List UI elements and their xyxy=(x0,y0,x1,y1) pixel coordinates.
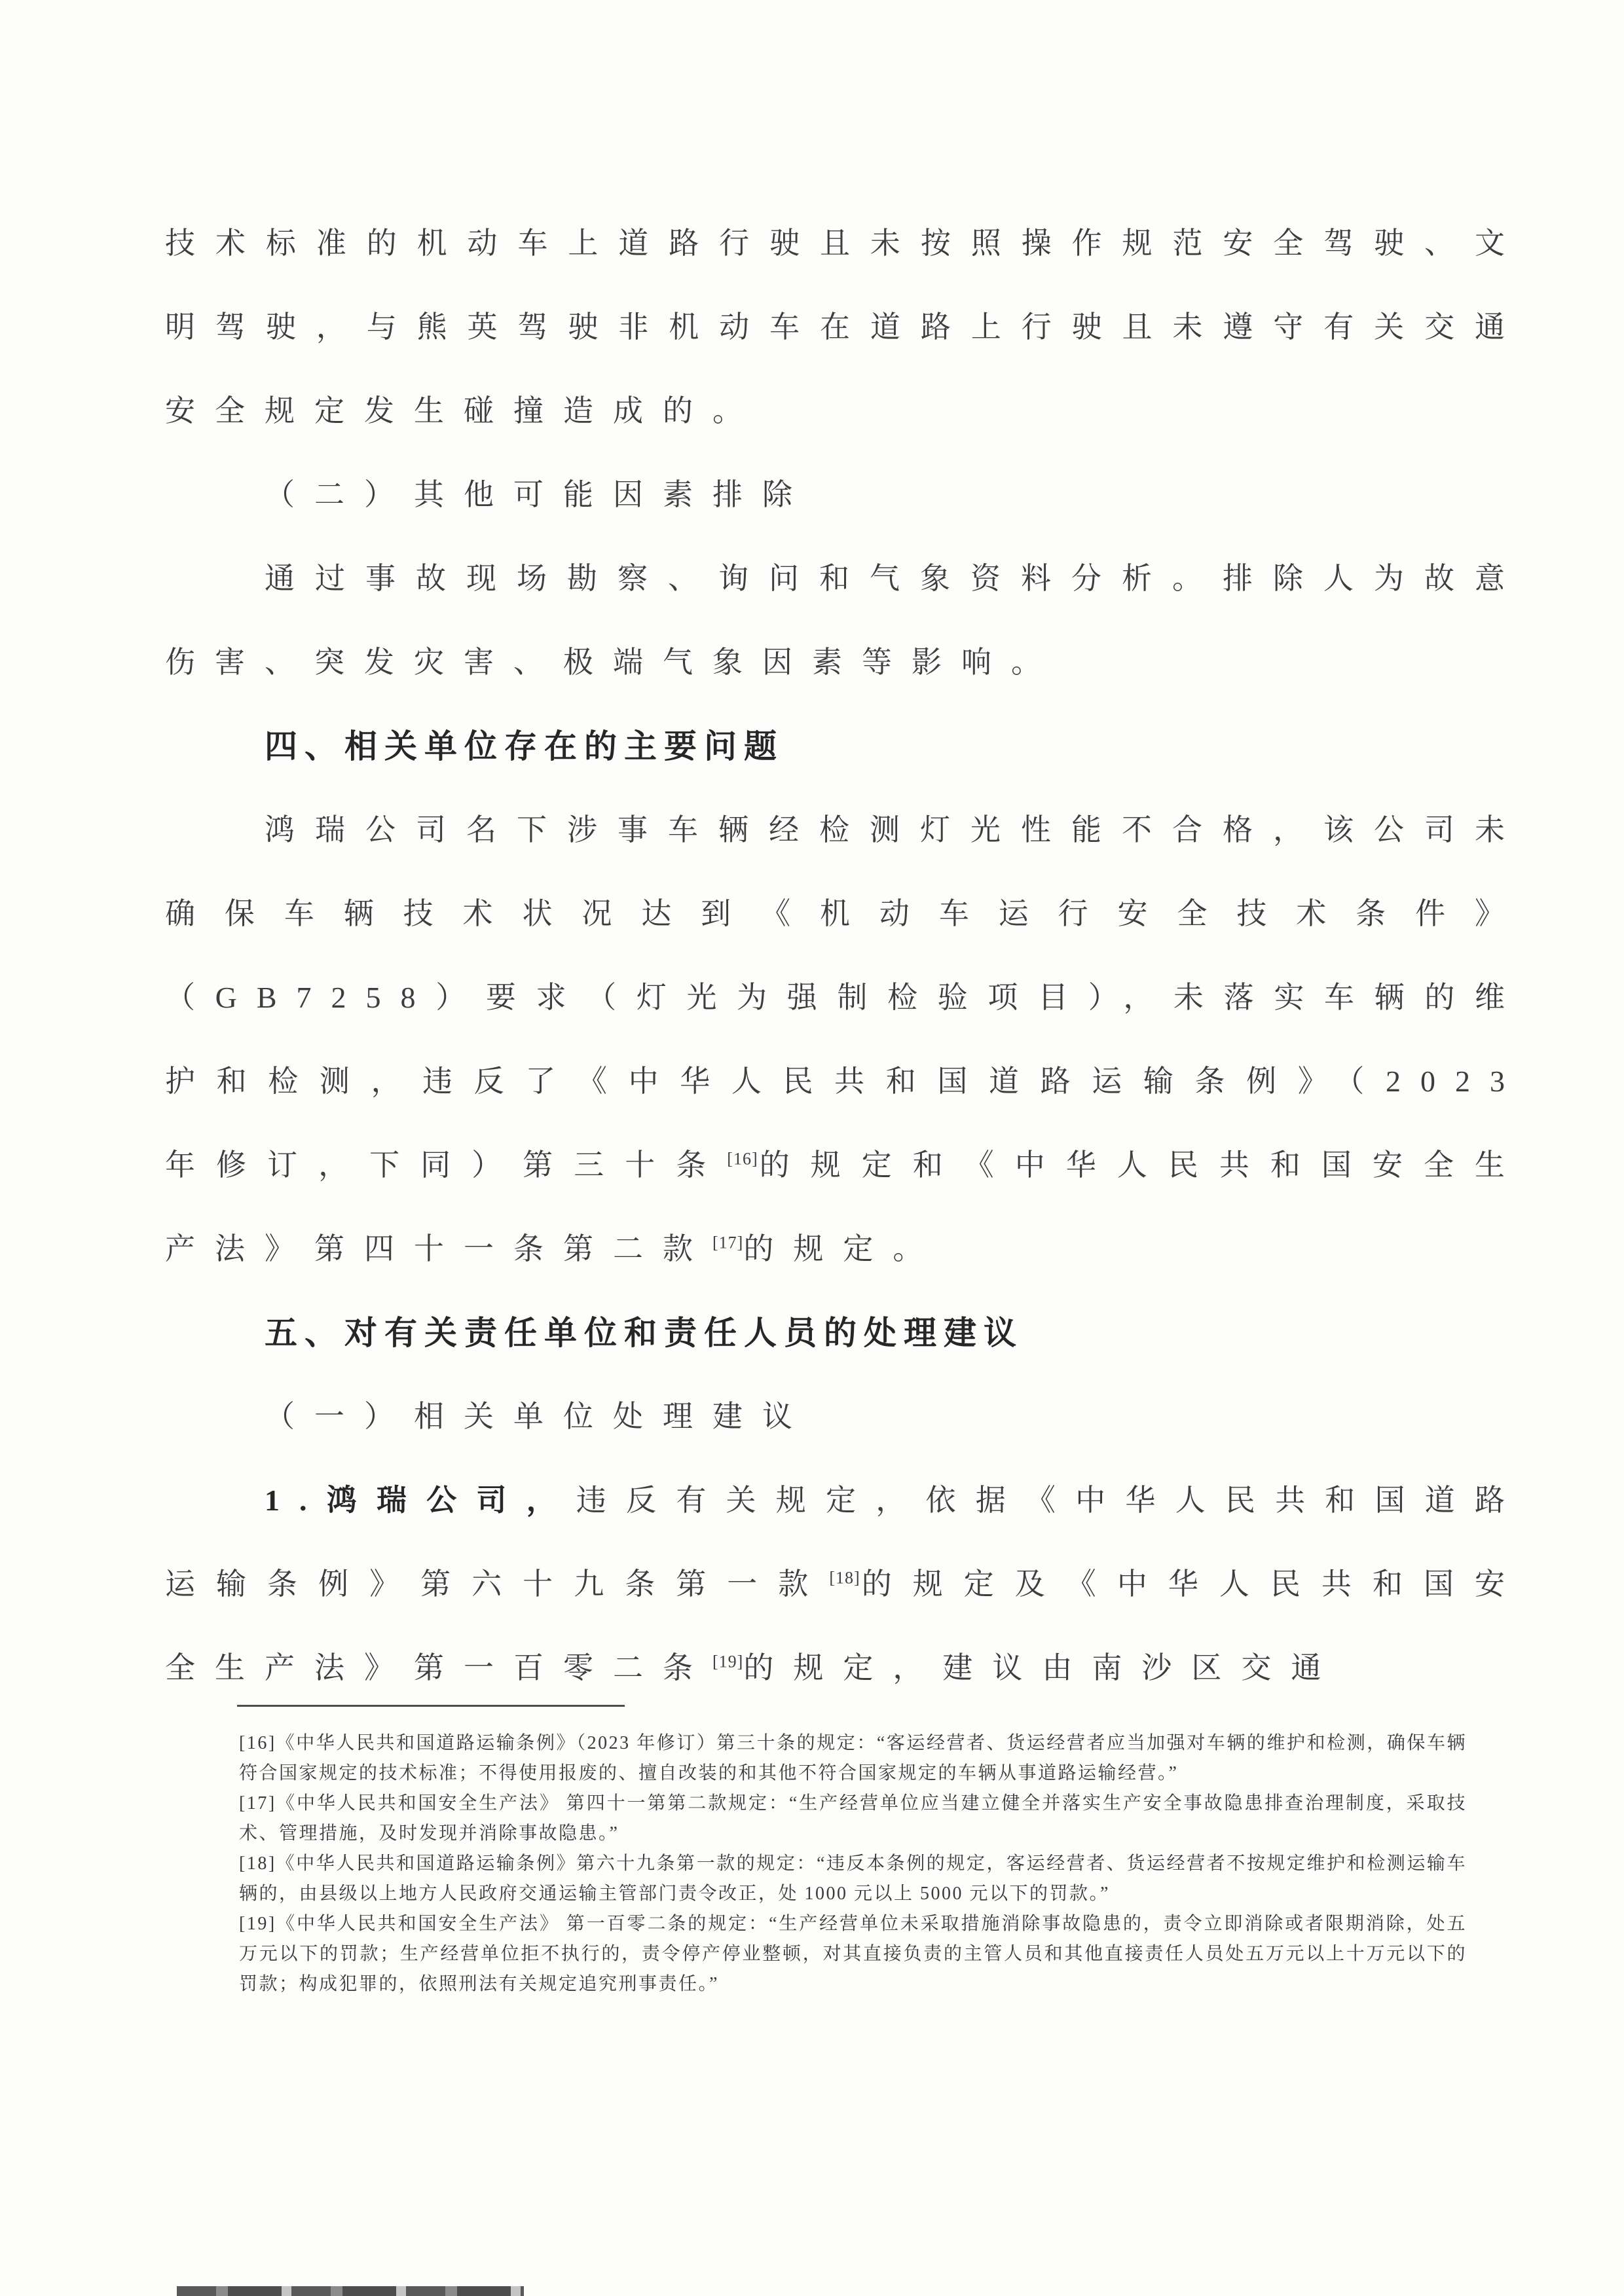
scan-edge-artifact xyxy=(177,2286,524,2296)
footnote-text: 《中华人民共和国安全生产法》 第一百零二条的规定：“生产经营单位未采取措施消除事… xyxy=(239,1914,1467,1994)
text-segment: （一）相关单位处理建议 xyxy=(265,1400,812,1433)
text-segment: 技术标准的机动车上道路行驶且未按照操作规范安全驾驶、文明驾驶，与熊英驾驶非机动车… xyxy=(165,227,1524,428)
footnote-separator xyxy=(237,1705,625,1707)
paragraph: 1.鸿瑞公司，违反有关规定，依据《中华人民共和国道路运输条例》第六十九条第一款[… xyxy=(165,1459,1524,1710)
paragraph: 鸿瑞公司名下涉事车辆经检测灯光性能不合格，该公司未确保车辆技术状况达到《机动车运… xyxy=(165,788,1524,1291)
text-segment: 1.鸿瑞公司， xyxy=(265,1484,576,1517)
text-segment: 的规定，建议由南沙区交通 xyxy=(743,1651,1340,1685)
footnote-reference: [19] xyxy=(712,1652,743,1671)
footnote: [18]《中华人民共和国道路运输条例》第六十九条第一款的规定：“违反本条例的规定… xyxy=(239,1849,1467,1909)
section-heading: 五、对有关责任单位和责任人员的处理建议 xyxy=(165,1291,1524,1375)
text-segment: （二）其他可能因素排除 xyxy=(265,478,812,511)
document-body: 技术标准的机动车上道路行驶且未按照操作规范安全驾驶、文明驾驶，与熊英驾驶非机动车… xyxy=(165,202,1524,1710)
text-segment: 鸿瑞公司名下涉事车辆经检测灯光性能不合格，该公司未确保车辆技术状况达到《机动车运… xyxy=(165,813,1524,1182)
footnote-text: 《中华人民共和国道路运输条例》第六十九条第一款的规定：“违反本条例的规定，客运经… xyxy=(239,1853,1467,1904)
footnote-reference: [18] xyxy=(829,1569,860,1588)
section-heading: 四、相关单位存在的主要问题 xyxy=(165,704,1524,788)
scanned-document-page: 技术标准的机动车上道路行驶且未按照操作规范安全驾驶、文明驾驶，与熊英驾驶非机动车… xyxy=(0,0,1624,2296)
text-segment: 五、对有关责任单位和责任人员的处理建议 xyxy=(265,1315,1024,1351)
footnote-reference: [16] xyxy=(727,1150,758,1169)
footnote-marker: [16] xyxy=(239,1733,276,1753)
footnote-marker: [17] xyxy=(239,1793,276,1813)
text-segment: 的规定。 xyxy=(743,1232,942,1266)
paragraph: 技术标准的机动车上道路行驶且未按照操作规范安全驾驶、文明驾驶，与熊英驾驶非机动车… xyxy=(165,202,1524,453)
paragraph: 通过事故现场勘察、询问和气象资料分析。排除人为故意伤害、突发灾害、极端气象因素等… xyxy=(165,537,1524,704)
footnote-text: 《中华人民共和国道路运输条例》（2023 年修订）第三十条的规定：“客运经营者、… xyxy=(239,1733,1467,1783)
text-segment: 四、相关单位存在的主要问题 xyxy=(265,728,784,765)
footnote: [17]《中华人民共和国安全生产法》 第四十一第第二款规定：“生产经营单位应当建… xyxy=(239,1789,1467,1849)
footnote-marker: [19] xyxy=(239,1914,276,1934)
footnotes-section: [16]《中华人民共和国道路运输条例》（2023 年修订）第三十条的规定：“客运… xyxy=(239,1728,1467,1999)
footnote-text: 《中华人民共和国安全生产法》 第四十一第第二款规定：“生产经营单位应当建立健全并… xyxy=(239,1793,1467,1844)
footnote: [16]《中华人民共和国道路运输条例》（2023 年修订）第三十条的规定：“客运… xyxy=(239,1728,1467,1789)
footnote-marker: [18] xyxy=(239,1853,276,1874)
paragraph: （二）其他可能因素排除 xyxy=(165,453,1524,537)
footnote-reference: [17] xyxy=(712,1233,743,1252)
text-segment: 通过事故现场勘察、询问和气象资料分析。排除人为故意伤害、突发灾害、极端气象因素等… xyxy=(165,562,1524,679)
footnote: [19]《中华人民共和国安全生产法》 第一百零二条的规定：“生产经营单位未采取措… xyxy=(239,1909,1467,1999)
paragraph: （一）相关单位处理建议 xyxy=(165,1375,1524,1459)
